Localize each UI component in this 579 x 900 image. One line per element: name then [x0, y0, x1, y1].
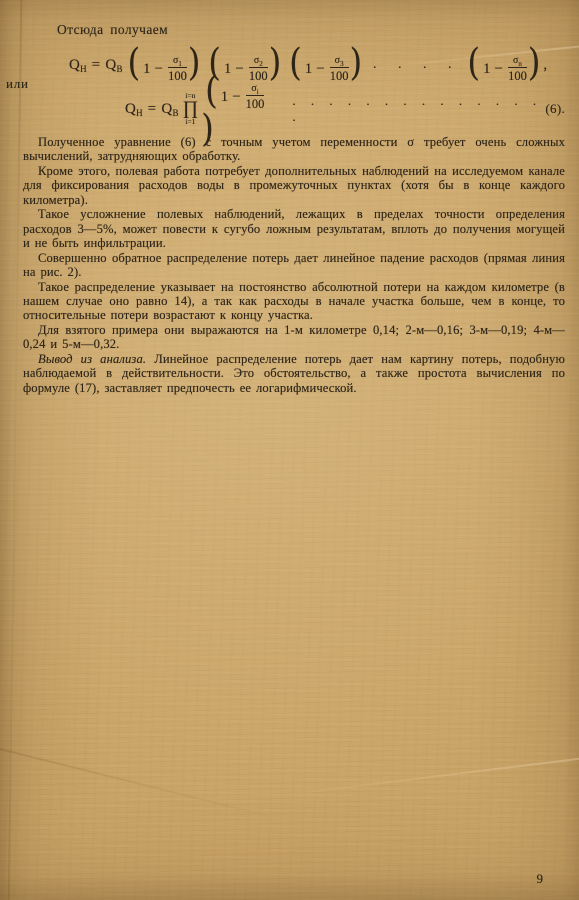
q-base: Q: [161, 101, 172, 117]
q-sub-left: Н: [80, 64, 87, 74]
minus-sign: −: [232, 89, 240, 106]
sigma-subscript: n: [518, 60, 522, 68]
paragraph-2: Кроме этого, полевая работа потребует до…: [23, 164, 565, 207]
sigma-subscript: 2: [259, 60, 263, 68]
page-number: 9: [537, 871, 544, 887]
open-paren: (: [289, 43, 301, 81]
fraction-numerator: σ2: [249, 55, 268, 69]
factor-expression: 1−σi100: [219, 83, 265, 113]
product-symbol: ∏: [183, 100, 199, 118]
formula-2: QН=QВ i=n ∏ i=1 (1−σi100) . . . . . . . …: [125, 89, 565, 129]
paper-crease-right-low: [280, 756, 579, 797]
q-base: Q: [105, 57, 116, 73]
paper-crease-bottom-left: [0, 742, 266, 817]
fraction: σi100: [246, 83, 265, 113]
factor-expression: 1−σ1100: [141, 55, 187, 85]
fraction-denominator: 100: [330, 68, 349, 84]
ellipsis-dots: . . . .: [373, 57, 461, 73]
product-lower-limit: i=1: [185, 118, 195, 126]
formula-factor-i: (1−σi100): [200, 74, 276, 144]
equals-sign: =: [92, 57, 101, 73]
scanned-page: или Отсюда получаем QН=QВ (1−σ1100) (1−σ…: [0, 0, 579, 900]
formula-factor-3: (1−σ3100): [284, 46, 365, 84]
minus-sign: −: [316, 61, 324, 78]
fraction: σn100: [508, 55, 527, 85]
paragraph-lead-italic: Вывод из анализа.: [38, 352, 146, 366]
paragraph-6: Для взятого примера они выражаются на 1-…: [23, 323, 565, 352]
paragraph-7: Вывод из анализа. Линейное распределение…: [23, 352, 565, 395]
ellipsis-dots: . . . . . . . . . . . . . . .: [292, 93, 545, 125]
fraction-numerator: σi: [246, 83, 263, 97]
formula-factor-1: (1−σ1100): [123, 46, 204, 84]
close-paren: ): [201, 109, 213, 147]
body-paragraphs: Полученное уравнение (6) с точным учетом…: [23, 135, 565, 395]
minus-sign: −: [495, 61, 503, 78]
close-paren: ): [350, 43, 362, 81]
paragraph-1: Полученное уравнение (6) с точным учетом…: [23, 135, 565, 164]
formula-1: QН=QВ (1−σ1100) (1−σ2100) (1−σ3100) . . …: [69, 41, 565, 89]
paragraph-5: Такое распределение указывает на постоян…: [23, 280, 565, 323]
open-paren: (: [205, 71, 217, 109]
fraction-numerator: σ3: [330, 55, 349, 69]
formula-factor-n: (1−σn100): [463, 46, 544, 84]
constant-one: 1: [221, 89, 229, 106]
paragraph-4: Совершенно обратное распределение потерь…: [23, 251, 565, 280]
page-content: Отсюда получаем QН=QВ (1−σ1100) (1−σ2100…: [23, 22, 565, 395]
q-sub-right: В: [173, 108, 179, 118]
minus-sign: −: [155, 61, 163, 78]
paper-crease-left: [8, 0, 23, 900]
intro-text: Отсюда получаем: [57, 22, 565, 37]
open-paren: (: [468, 43, 480, 81]
fraction-numerator: σ1: [168, 55, 187, 69]
close-paren: ): [269, 43, 281, 81]
q-base: Q: [69, 57, 80, 73]
equation-number: (6).: [545, 101, 565, 117]
constant-one: 1: [143, 61, 151, 78]
close-paren: ): [188, 43, 200, 81]
fraction-denominator: 100: [168, 68, 187, 84]
fraction-denominator: 100: [508, 68, 527, 84]
factor-expression: 1−σn100: [481, 55, 527, 85]
constant-one: 1: [305, 61, 313, 78]
formula-lhs: QН=QВ: [125, 101, 179, 118]
factor-expression: 1−σ3100: [303, 55, 349, 85]
paragraph-3: Такое усложнение полевых наблюдений, леж…: [23, 207, 565, 250]
fraction: σ1100: [168, 55, 187, 85]
product-operator: i=n ∏ i=1: [183, 92, 199, 127]
trailing-comma: ,: [543, 57, 547, 74]
fraction: σ3100: [330, 55, 349, 85]
fraction-denominator: 100: [246, 96, 265, 112]
equals-sign: =: [148, 101, 157, 117]
sigma-subscript: 3: [340, 60, 344, 68]
q-sub-left: Н: [136, 108, 143, 118]
sigma-subscript: i: [257, 88, 259, 96]
formula-lhs: QН=QВ: [69, 57, 123, 74]
open-paren: (: [128, 43, 140, 81]
fraction-numerator: σn: [508, 55, 527, 69]
constant-one: 1: [483, 61, 491, 78]
q-base: Q: [125, 101, 136, 117]
sigma-subscript: 1: [178, 60, 182, 68]
close-paren: ): [528, 43, 540, 81]
